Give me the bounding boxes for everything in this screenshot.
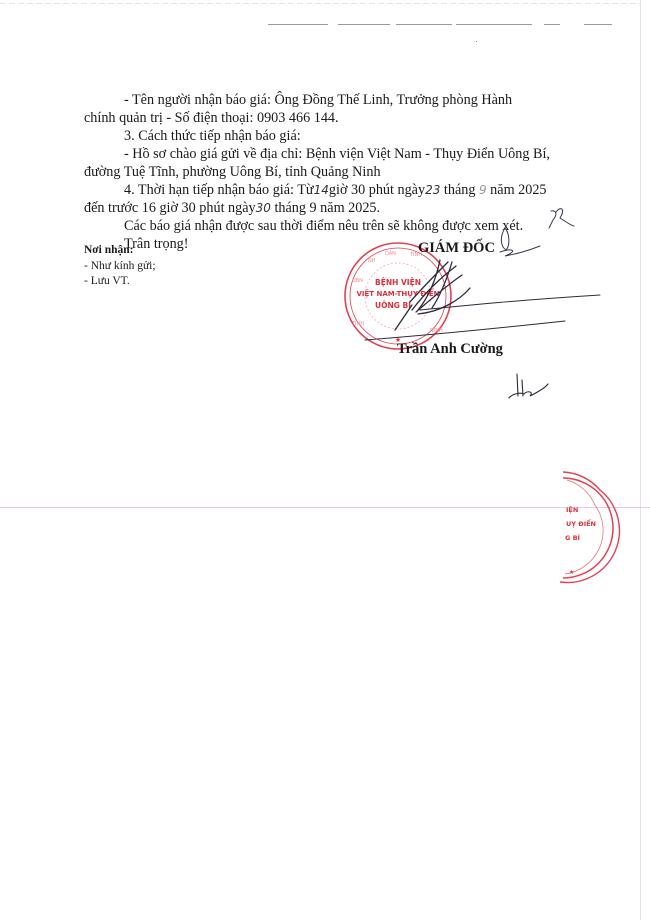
stamp-line-1: BỆNH VIỆN (375, 278, 421, 287)
svg-text:UBN: UBN (352, 278, 363, 284)
partial-stamp: IỆN UỴ ĐIỂN G BÍ ★ (560, 472, 619, 583)
svg-text:DÂN: DÂN (385, 250, 396, 257)
partial-stamp-line-3: G BÍ (565, 533, 581, 542)
director-signature (365, 260, 600, 340)
initial-mark (549, 209, 574, 228)
small-signature (509, 374, 548, 398)
partial-stamp-line-2: UỴ ĐIỂN (566, 518, 596, 528)
partial-stamp-line-1: IỆN (566, 505, 578, 514)
svg-text:NH: NH (368, 258, 376, 264)
stamp-line-3: UÔNG BÍ (375, 301, 411, 310)
document-page: - Tên người nhận báo giá: Ông Đồng Thế L… (0, 0, 650, 920)
stamp-signature-overlay: BỆNH VIỆN VIỆT NAM-THỤY ĐIỂN UÔNG BÍ ★ N… (0, 0, 650, 920)
signature-title: GIÁM ĐỐC (418, 240, 495, 257)
initial-mark (500, 228, 540, 256)
svg-text:TỈNH: TỈNH (351, 319, 364, 327)
partial-stamp-star-icon: ★ (569, 569, 574, 576)
signer-name: Trần Anh Cường (397, 341, 503, 358)
